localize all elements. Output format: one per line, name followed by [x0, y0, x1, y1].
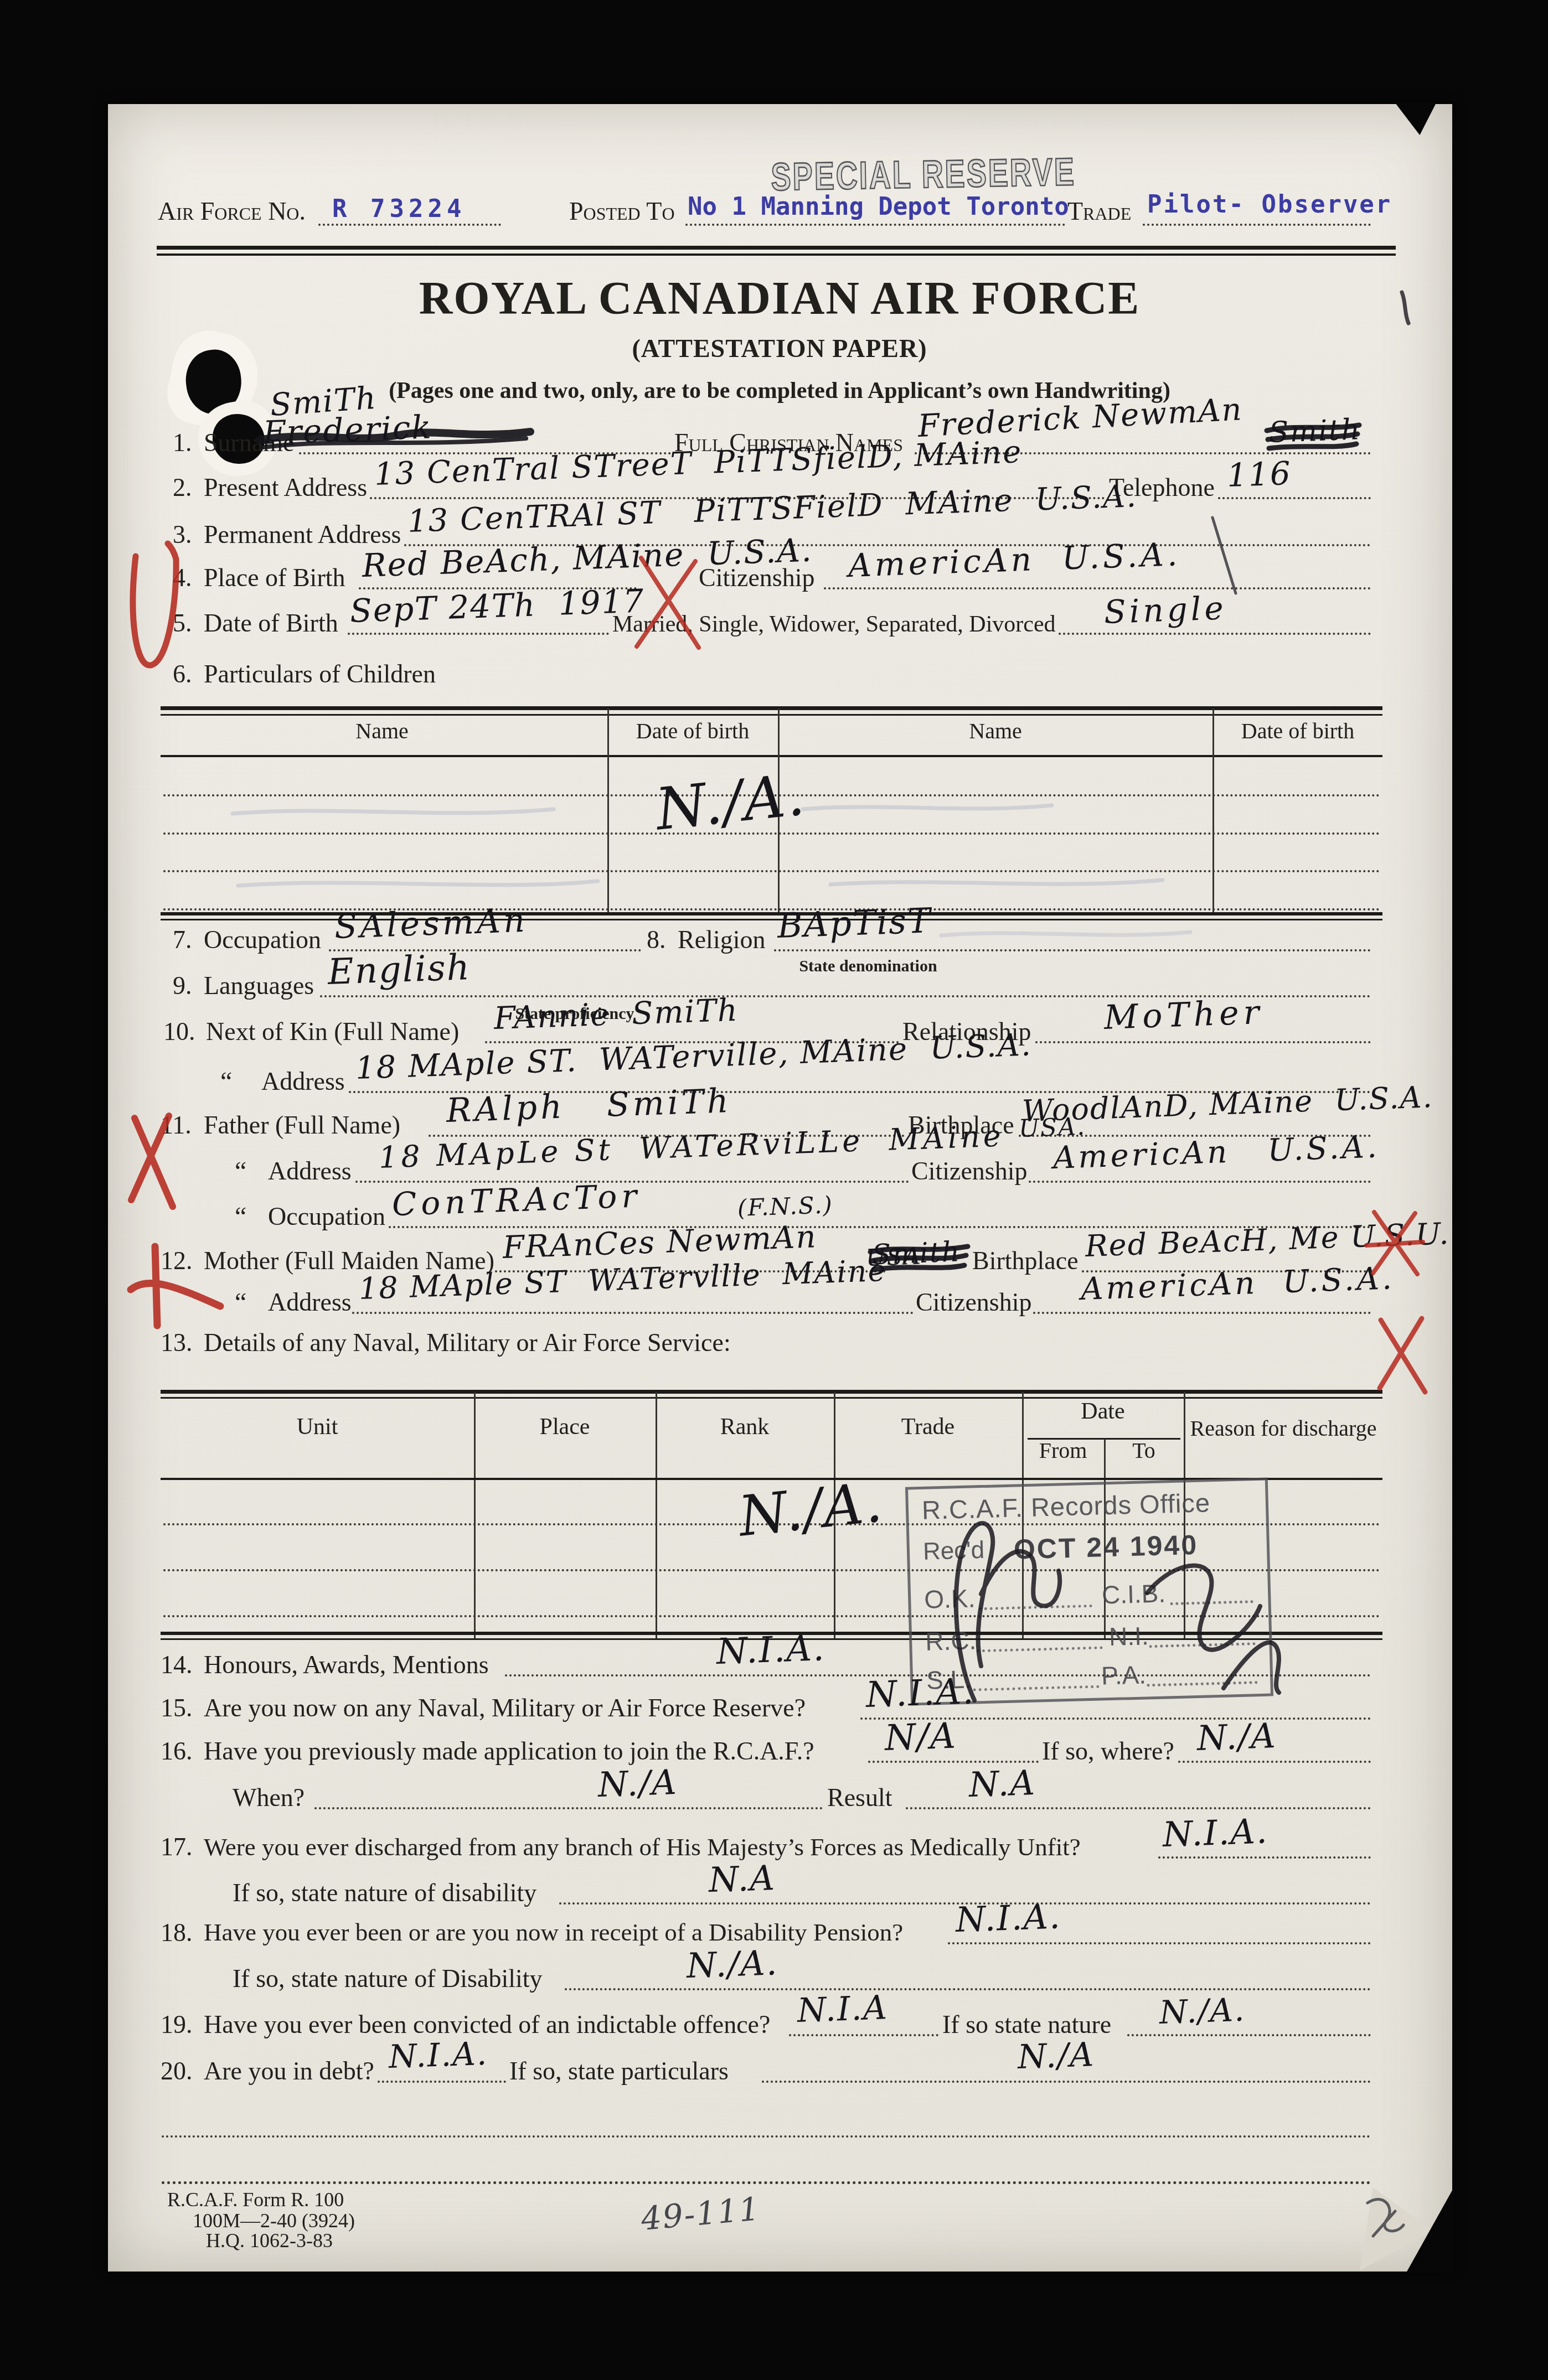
stray-pen-mark	[1402, 292, 1408, 323]
ink-marks-overlay	[0, 0, 1548, 2380]
stamp-signature	[956, 1523, 1060, 1700]
red-x-mark	[131, 1116, 173, 1207]
stray-pen-mark	[1212, 518, 1236, 593]
ink-bleed-artifact	[238, 880, 1163, 886]
scanned-document-page: { "header": { "stamp": "SPECIAL RESERVE"…	[0, 0, 1548, 2380]
ink-bleed-artifact	[233, 805, 1052, 814]
corner-pencil-squiggle	[1368, 2199, 1403, 2236]
ink-bleed-artifact	[941, 932, 1190, 935]
red-x-mark	[637, 558, 699, 648]
strike-out-scribble	[870, 1246, 968, 1270]
red-x-mark	[131, 1246, 220, 1326]
strike-out-scribble	[1267, 425, 1359, 448]
red-asterisk-mark	[1366, 1212, 1423, 1274]
red-x-mark	[1380, 1318, 1425, 1392]
red-check-mark	[133, 544, 176, 665]
stamp-signature	[1147, 1565, 1279, 1693]
